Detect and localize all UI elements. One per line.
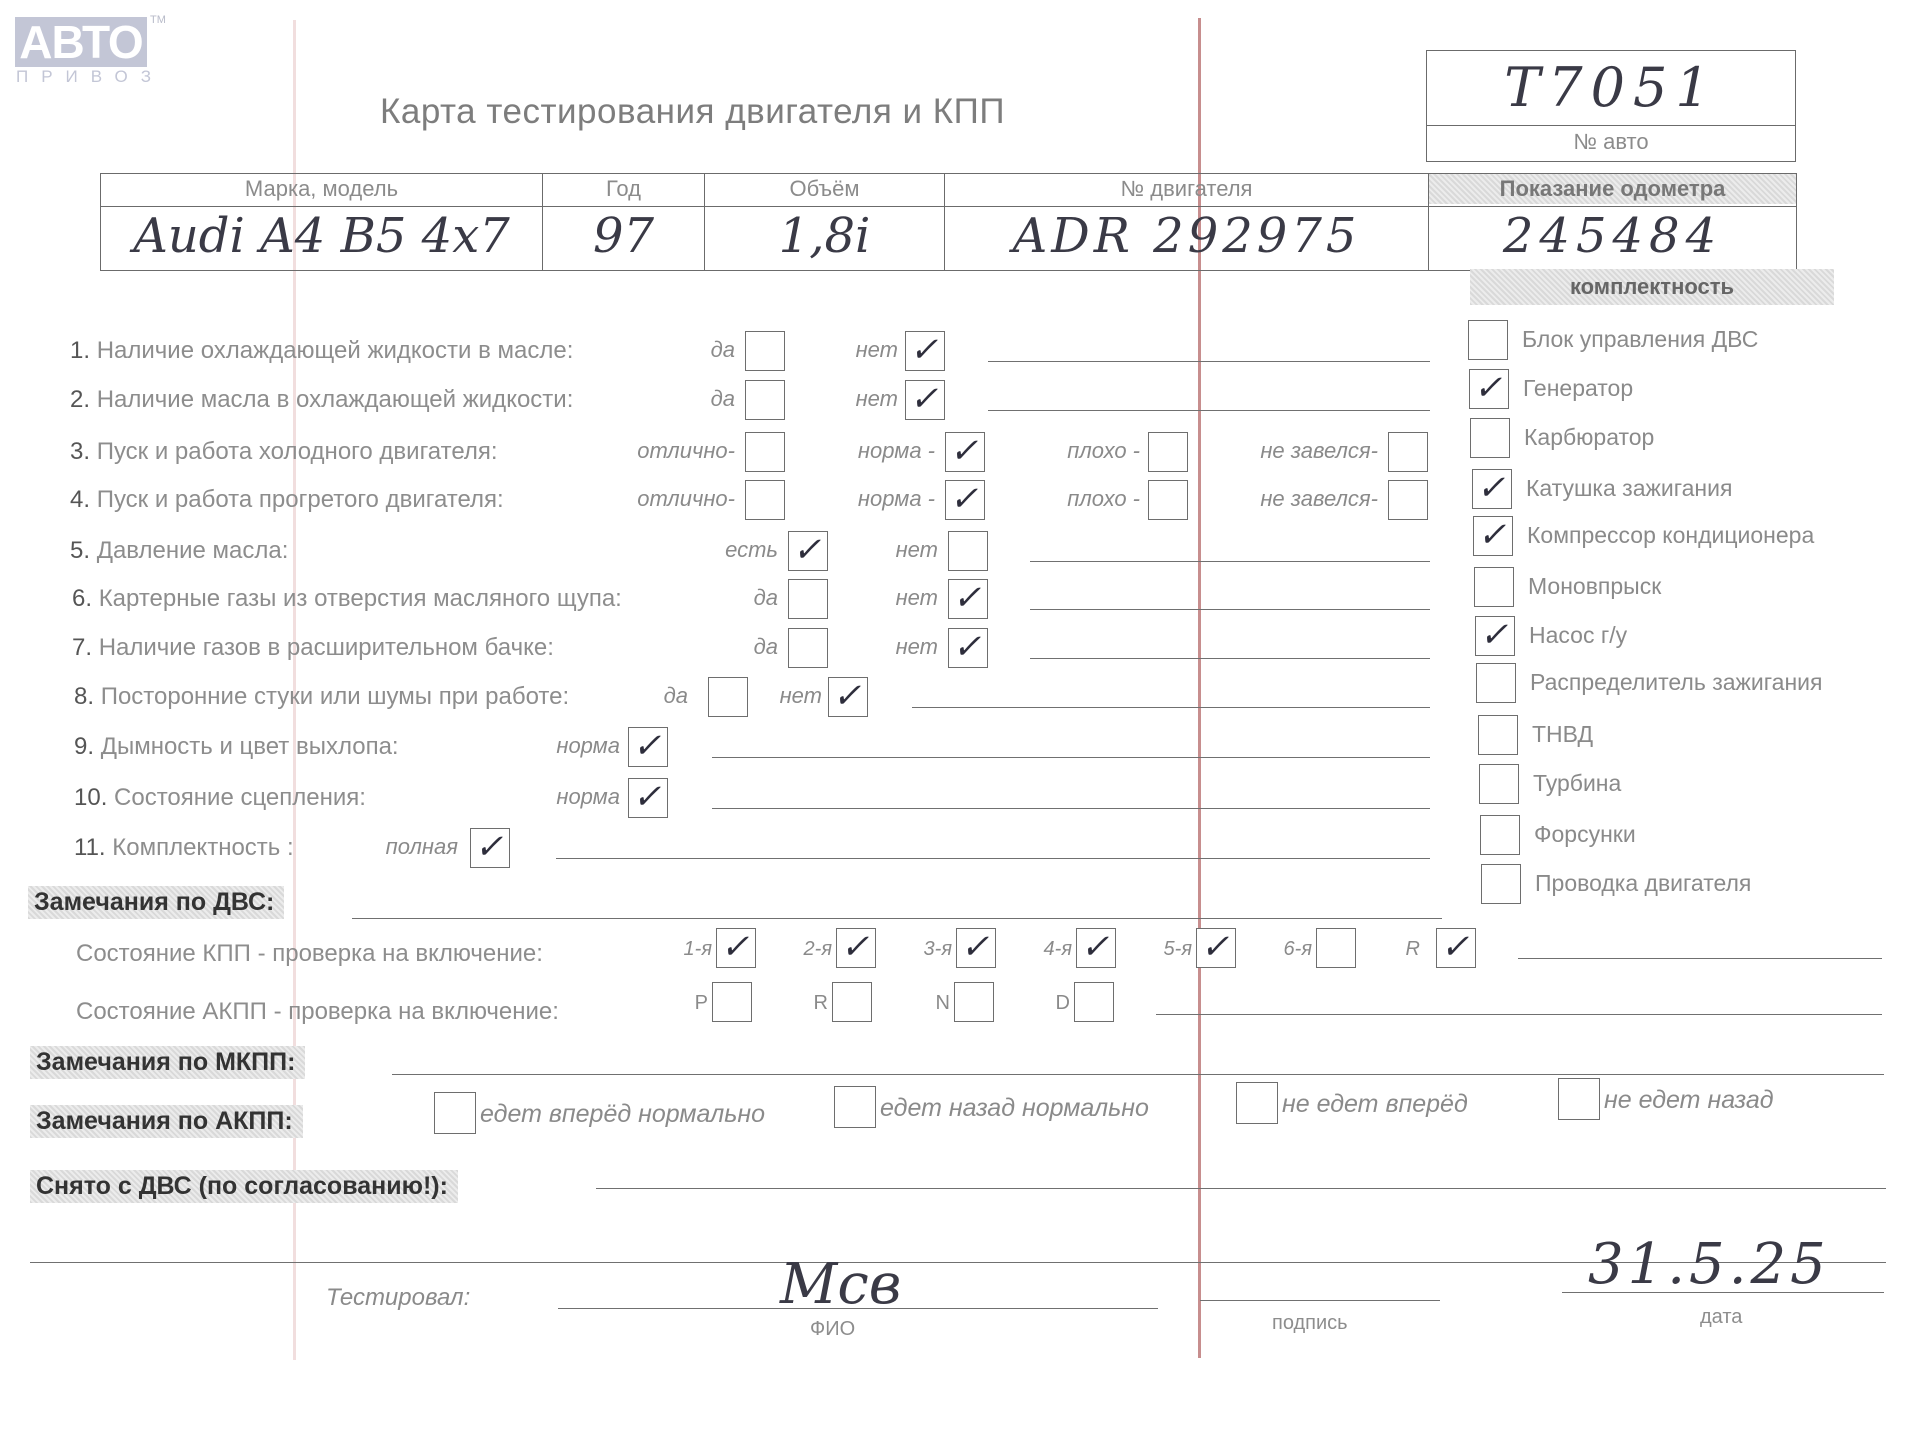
gear-label: 1-я (652, 938, 712, 961)
option-label: норма (460, 733, 620, 759)
question-notes-line[interactable] (912, 707, 1430, 708)
question-notes-line[interactable] (556, 858, 1430, 859)
gear-label: 3-я (892, 938, 952, 961)
signature-line[interactable] (1200, 1300, 1440, 1301)
gear-label: D (1030, 992, 1070, 1015)
completeness-title: комплектность (1470, 269, 1834, 305)
option-label: нет (778, 634, 938, 660)
question-label: Давление масла: (97, 537, 289, 564)
date-line[interactable] (1562, 1292, 1884, 1293)
tester-name-line[interactable] (558, 1308, 1158, 1309)
completeness-label: Турбина (1533, 770, 1621, 797)
option-label: полная (298, 834, 458, 860)
check-mark-icon: ✓ (944, 481, 984, 517)
check-mark-icon: ✓ (827, 678, 867, 714)
option-checkbox[interactable]: ✓ (628, 778, 668, 818)
option-checkbox[interactable] (1388, 432, 1428, 472)
question-label: Наличие охлаждающей жидкости в масле: (97, 337, 574, 364)
question-number: 6. (72, 585, 99, 612)
gear-checkbox[interactable]: ✓ (716, 928, 756, 968)
completeness-checkbox[interactable]: ✓ (1473, 516, 1513, 556)
question-label: Пуск и работа прогретого двигателя: (97, 486, 504, 513)
question-notes-line[interactable] (988, 361, 1430, 362)
car-number-value: Т7051 (1427, 51, 1795, 126)
akpp-option-label: не едет вперёд (1282, 1090, 1468, 1119)
akpp-option-label: не едет назад (1604, 1086, 1774, 1115)
completeness-label: Форсунки (1534, 821, 1636, 848)
option-label: да (618, 634, 778, 660)
option-label: плохо - (980, 438, 1140, 464)
gear-checkbox[interactable]: ✓ (956, 928, 996, 968)
question-notes-line[interactable] (712, 757, 1430, 758)
check-mark-icon: ✓ (627, 728, 667, 764)
page-title: Карта тестирования двигателя и КПП (380, 92, 1005, 132)
akpp-option-checkbox[interactable] (834, 1086, 876, 1128)
completeness-checkbox[interactable] (1468, 320, 1508, 360)
question-text: 5. Давление масла: (70, 537, 288, 565)
akpp-option-label: едет назад нормально (880, 1094, 1149, 1123)
question-text: 10. Состояние сцепления: (74, 784, 366, 812)
mkpp-remarks-field[interactable] (392, 1074, 1884, 1075)
question-text: 4. Пуск и работа прогретого двигателя: (70, 486, 504, 514)
check-mark-icon: ✓ (947, 580, 987, 616)
option-label: есть (618, 537, 778, 563)
option-label: да (618, 585, 778, 611)
question-notes-line[interactable] (1030, 561, 1430, 562)
col-volume: Объём 1,8i (705, 174, 945, 270)
option-checkbox[interactable]: ✓ (945, 480, 985, 520)
completeness-checkbox[interactable] (1476, 663, 1516, 703)
akpp-option-checkbox[interactable] (434, 1092, 476, 1134)
question-label: Посторонние стуки или шумы при работе: (101, 683, 569, 710)
option-label: не завелся- (1218, 486, 1378, 512)
option-checkbox[interactable]: ✓ (945, 432, 985, 472)
make-model-label: Марка, модель (101, 174, 542, 204)
question-text: 2. Наличие масла в охлаждающей жидкости: (70, 386, 573, 414)
date-caption: дата (1700, 1306, 1742, 1329)
check-mark-icon: ✓ (955, 929, 995, 965)
col-engine-number: № двигателя ADR 292975 (945, 174, 1429, 270)
gear-checkbox[interactable] (712, 982, 752, 1022)
check-mark-icon: ✓ (1195, 929, 1235, 965)
check-mark-icon: ✓ (947, 629, 987, 665)
vehicle-info-table: Марка, модель Audi A4 B5 4x7 Год 97 Объё… (100, 173, 1797, 271)
col-make-model: Марка, модель Audi A4 B5 4x7 (101, 174, 543, 270)
gear-label: 2-я (772, 938, 832, 961)
signature-caption: подпись (1272, 1312, 1348, 1335)
gear-checkbox[interactable]: ✓ (1196, 928, 1236, 968)
gear-checkbox[interactable] (1316, 928, 1356, 968)
option-label: не завелся- (1218, 438, 1378, 464)
question-number: 7. (72, 634, 99, 661)
volume-value: 1,8i (705, 204, 944, 268)
odometer-label: Показание одометра (1429, 174, 1796, 204)
akpp-remarks-text: Замечания по АКПП: (36, 1107, 293, 1135)
check-mark-icon: ✓ (904, 381, 944, 417)
check-mark-icon: ✓ (715, 929, 755, 965)
year-label: Год (543, 174, 704, 204)
manual-gearbox-label: Состояние КПП - проверка на включение: (76, 940, 543, 968)
check-mark-icon: ✓ (1435, 929, 1475, 965)
check-mark-icon: ✓ (627, 779, 667, 815)
option-label: норма (460, 784, 620, 810)
option-label: норма - (775, 438, 935, 464)
logo-privoz: ПРИВОЗ (16, 67, 164, 87)
volume-label: Объём (705, 174, 944, 204)
engine-number-label: № двигателя (945, 174, 1428, 204)
option-checkbox[interactable] (1388, 480, 1428, 520)
question-number: 9. (74, 733, 101, 760)
gear-checkbox[interactable] (954, 982, 994, 1022)
completeness-label: Катушка зажигания (1526, 475, 1732, 502)
completeness-label: Распределитель зажигания (1530, 669, 1822, 696)
option-label: нет (738, 386, 898, 412)
auto-gearbox-label: Состояние АКПП - проверка на включение: (76, 998, 559, 1026)
gear-checkbox[interactable]: ✓ (836, 928, 876, 968)
completeness-checkbox[interactable]: ✓ (1472, 469, 1512, 509)
check-mark-icon: ✓ (1474, 617, 1514, 653)
engine-remarks-label: Замечания по ДВС: (28, 886, 284, 919)
engine-remarks-field[interactable] (352, 918, 1442, 919)
gear-checkbox[interactable]: ✓ (1436, 928, 1476, 968)
question-number: 2. (70, 386, 97, 413)
question-number: 5. (70, 537, 97, 564)
option-label: да (575, 337, 735, 363)
engine-number-value: ADR 292975 (945, 204, 1428, 268)
gear-label: 4-я (1012, 938, 1072, 961)
question-notes-line[interactable] (1030, 609, 1430, 610)
question-number: 1. (70, 337, 97, 364)
gear-label: P (668, 992, 708, 1015)
question-label: Дымность и цвет выхлопа: (101, 733, 399, 760)
completeness-checkbox[interactable] (1478, 715, 1518, 755)
question-number: 10. (74, 784, 114, 811)
question-number: 3. (70, 438, 97, 465)
question-notes-line[interactable] (712, 808, 1430, 809)
option-checkbox[interactable]: ✓ (470, 828, 510, 868)
year-value: 97 (543, 204, 704, 268)
option-label: нет (738, 337, 898, 363)
completeness-checkbox[interactable] (1480, 815, 1520, 855)
option-checkbox[interactable] (1148, 432, 1188, 472)
completeness-label: Проводка двигателя (1535, 870, 1751, 897)
gear-label: 6-я (1252, 938, 1312, 961)
option-label: отлично- (575, 486, 735, 512)
completeness-label: ТНВД (1532, 721, 1593, 748)
option-checkbox[interactable]: ✓ (948, 579, 988, 619)
option-label: нет (778, 585, 938, 611)
question-label: Картерные газы из отверстия масляного щу… (99, 585, 622, 612)
completeness-label: Насос г/у (1529, 622, 1627, 649)
logo-trademark: TM (150, 14, 166, 26)
question-text: 6. Картерные газы из отверстия масляного… (72, 585, 622, 613)
question-label: Пуск и работа холодного двигателя: (97, 438, 498, 465)
make-model-value: Audi A4 B5 4x7 (101, 204, 542, 268)
name-caption: ФИО (810, 1318, 855, 1341)
question-number: 11. (74, 834, 112, 861)
akpp-option-checkbox[interactable] (1236, 1082, 1278, 1124)
check-mark-icon: ✓ (1075, 929, 1115, 965)
car-number-box: Т7051 № авто (1426, 50, 1796, 162)
akpp-remarks-label: Замечания по АКПП: (30, 1105, 303, 1138)
option-label: плохо - (980, 486, 1140, 512)
question-text: 7. Наличие газов в расширительном бачке: (72, 634, 554, 662)
question-label: Состояние сцепления: (114, 784, 366, 811)
option-checkbox[interactable]: ✓ (628, 727, 668, 767)
question-notes-line[interactable] (1030, 658, 1430, 659)
option-label: норма - (775, 486, 935, 512)
date-value: 31.5.25 (1588, 1232, 1830, 1297)
car-number-label: № авто (1427, 127, 1795, 159)
question-text: 1. Наличие охлаждающей жидкости в масле: (70, 337, 573, 365)
question-text: 3. Пуск и работа холодного двигателя: (70, 438, 498, 466)
completeness-checkbox[interactable] (1474, 567, 1514, 607)
question-text: 11. Комплектность : (74, 834, 294, 862)
check-mark-icon: ✓ (835, 929, 875, 965)
gear-checkbox[interactable] (1074, 982, 1114, 1022)
gear-label: R (1360, 938, 1420, 961)
odometer-value: 245484 (1429, 204, 1796, 268)
gear-checkbox[interactable] (832, 982, 872, 1022)
akpp-option-label: едет вперёд нормально (480, 1100, 765, 1129)
gear-label: N (910, 992, 950, 1015)
check-mark-icon: ✓ (469, 829, 509, 865)
check-mark-icon: ✓ (944, 433, 984, 469)
akpp-option-checkbox[interactable] (1558, 1078, 1600, 1120)
completeness-checkbox[interactable] (1470, 418, 1510, 458)
option-checkbox[interactable]: ✓ (828, 677, 868, 717)
gear-label: 5-я (1132, 938, 1192, 961)
removed-text: Снято с ДВС (по согласованию!): (36, 1172, 448, 1200)
mkpp-remarks-text: Замечания по МКПП: (36, 1048, 295, 1076)
completeness-label: Карбюратор (1524, 424, 1654, 451)
question-text: 9. Дымность и цвет выхлопа: (74, 733, 399, 761)
question-label: Наличие масла в охлаждающей жидкости: (97, 386, 574, 413)
option-checkbox[interactable]: ✓ (948, 628, 988, 668)
option-checkbox[interactable]: ✓ (905, 380, 945, 420)
option-label: нет (662, 683, 822, 709)
question-number: 8. (74, 683, 101, 710)
completeness-label: Компрессор кондиционера (1527, 522, 1814, 549)
check-mark-icon: ✓ (1471, 470, 1511, 506)
engine-remarks-text: Замечания по ДВС: (34, 888, 274, 916)
question-label: Комплектность : (112, 834, 293, 861)
completeness-label: Блок управления ДВС (1522, 326, 1758, 353)
question-notes-line[interactable] (988, 410, 1430, 411)
completeness-label: Моновпрыск (1528, 573, 1661, 600)
option-checkbox[interactable] (1148, 480, 1188, 520)
option-label: отлично- (575, 438, 735, 464)
question-text: 8. Посторонние стуки или шумы при работе… (74, 683, 569, 711)
logo-avto: АВТО (15, 17, 147, 67)
completeness-checkbox[interactable] (1481, 864, 1521, 904)
col-year: Год 97 (543, 174, 705, 270)
gear-label: R (788, 992, 828, 1015)
check-mark-icon: ✓ (1472, 517, 1512, 553)
question-number: 4. (70, 486, 97, 513)
col-odometer: Показание одометра 245484 (1429, 174, 1796, 270)
removed-label: Снято с ДВС (по согласованию!): (30, 1170, 458, 1203)
auto-gearbox-notes[interactable] (1156, 1014, 1882, 1015)
completeness-checkbox[interactable]: ✓ (1469, 369, 1509, 409)
mkpp-remarks-label: Замечания по МКПП: (30, 1046, 305, 1079)
option-label: да (575, 386, 735, 412)
option-label: нет (778, 537, 938, 563)
completeness-label: Генератор (1523, 375, 1633, 402)
removed-field[interactable] (596, 1188, 1886, 1189)
completeness-checkbox[interactable]: ✓ (1475, 616, 1515, 656)
option-checkbox[interactable] (948, 531, 988, 571)
manual-gearbox-notes[interactable] (1518, 958, 1882, 959)
check-mark-icon: ✓ (904, 332, 944, 368)
question-label: Наличие газов в расширительном бачке: (99, 634, 554, 661)
completeness-checkbox[interactable] (1479, 764, 1519, 804)
tested-by-label: Тестировал: (326, 1284, 470, 1312)
option-checkbox[interactable]: ✓ (905, 331, 945, 371)
check-mark-icon: ✓ (1468, 370, 1508, 406)
gear-checkbox[interactable]: ✓ (1076, 928, 1116, 968)
